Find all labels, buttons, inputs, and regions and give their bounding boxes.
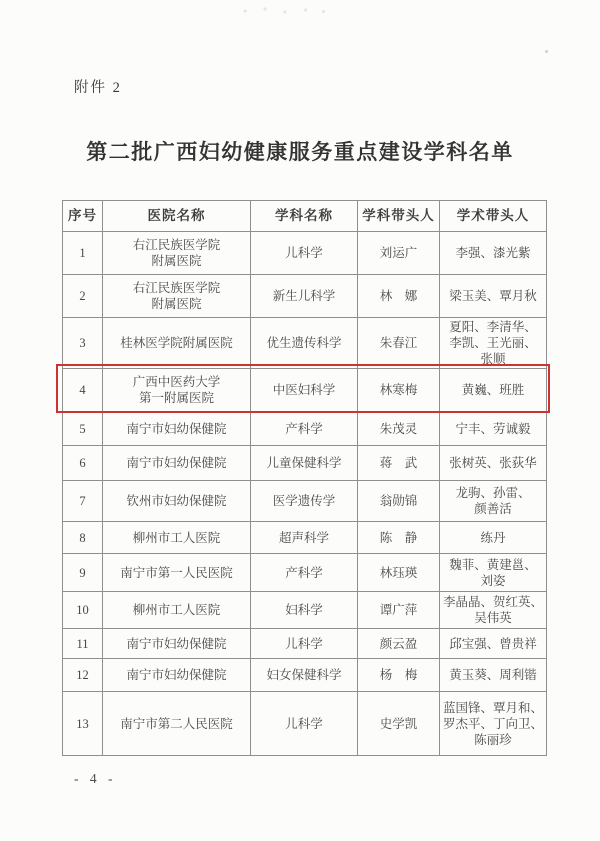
table-row: 1右江民族医学院 附属医院儿科学刘运广李强、漆光紫 <box>63 232 547 275</box>
table-row: 3桂林医学院附属医院优生遗传科学朱春江夏阳、李清华、 李凯、王光丽、 张顺 <box>63 318 547 369</box>
cell-leader: 林 娜 <box>358 275 440 318</box>
cell-hospital: 南宁市妇幼保健院 <box>103 446 251 481</box>
cell-hospital: 南宁市妇幼保健院 <box>103 629 251 659</box>
scanned-document-page: 附件 2 第二批广西妇幼健康服务重点建设学科名单 序号医院名称学科名称学科带头人… <box>0 0 600 841</box>
cell-no: 12 <box>63 659 103 692</box>
scan-artifact-dot <box>545 50 548 53</box>
cell-discipline: 产科学 <box>251 412 358 446</box>
cell-academic: 李强、漆光紫 <box>440 232 547 275</box>
cell-no: 9 <box>63 554 103 592</box>
table-row: 6南宁市妇幼保健院儿童保健科学蒋 武张树英、张荻华 <box>63 446 547 481</box>
cell-no: 4 <box>63 369 103 412</box>
cell-no: 2 <box>63 275 103 318</box>
cell-academic: 魏菲、黄建邕、 刘姿 <box>440 554 547 592</box>
cell-hospital: 右江民族医学院 附属医院 <box>103 275 251 318</box>
scan-artifact <box>238 6 328 16</box>
cell-discipline: 妇科学 <box>251 592 358 629</box>
table-header-row: 序号医院名称学科名称学科带头人学术带头人 <box>63 201 547 232</box>
cell-discipline: 优生遗传科学 <box>251 318 358 369</box>
column-header: 学科带头人 <box>358 201 440 232</box>
page-title: 第二批广西妇幼健康服务重点建设学科名单 <box>0 136 600 166</box>
cell-hospital: 广西中医药大学 第一附属医院 <box>103 369 251 412</box>
cell-academic: 蓝国锋、覃月和、 罗杰平、丁向卫、 陈丽珍 <box>440 692 547 756</box>
cell-no: 7 <box>63 481 103 522</box>
cell-no: 1 <box>63 232 103 275</box>
cell-academic: 李晶晶、贺红英、 吴伟英 <box>440 592 547 629</box>
cell-academic: 夏阳、李清华、 李凯、王光丽、 张顺 <box>440 318 547 369</box>
cell-leader: 朱茂灵 <box>358 412 440 446</box>
cell-hospital: 南宁市妇幼保健院 <box>103 659 251 692</box>
cell-hospital: 柳州市工人医院 <box>103 592 251 629</box>
cell-academic: 宁丰、劳诚毅 <box>440 412 547 446</box>
disciplines-table: 序号医院名称学科名称学科带头人学术带头人 1右江民族医学院 附属医院儿科学刘运广… <box>62 200 547 756</box>
cell-leader: 朱春江 <box>358 318 440 369</box>
cell-discipline: 医学遗传学 <box>251 481 358 522</box>
cell-leader: 蒋 武 <box>358 446 440 481</box>
cell-hospital: 钦州市妇幼保健院 <box>103 481 251 522</box>
cell-discipline: 中医妇科学 <box>251 369 358 412</box>
cell-academic: 梁玉美、覃月秋 <box>440 275 547 318</box>
cell-hospital: 南宁市妇幼保健院 <box>103 412 251 446</box>
cell-discipline: 妇女保健科学 <box>251 659 358 692</box>
cell-discipline: 儿童保健科学 <box>251 446 358 481</box>
cell-academic: 邱宝强、曾贵祥 <box>440 629 547 659</box>
cell-no: 10 <box>63 592 103 629</box>
cell-leader: 林寒梅 <box>358 369 440 412</box>
table-row: 10柳州市工人医院妇科学谭广萍李晶晶、贺红英、 吴伟英 <box>63 592 547 629</box>
column-header: 学术带头人 <box>440 201 547 232</box>
cell-hospital: 桂林医学院附属医院 <box>103 318 251 369</box>
cell-academic: 龙驹、孙雷、 颜善活 <box>440 481 547 522</box>
cell-hospital: 南宁市第一人民医院 <box>103 554 251 592</box>
cell-no: 6 <box>63 446 103 481</box>
cell-no: 5 <box>63 412 103 446</box>
cell-hospital: 柳州市工人医院 <box>103 522 251 554</box>
cell-discipline: 儿科学 <box>251 629 358 659</box>
cell-leader: 杨 梅 <box>358 659 440 692</box>
table-row: 2右江民族医学院 附属医院新生儿科学林 娜梁玉美、覃月秋 <box>63 275 547 318</box>
cell-discipline: 新生儿科学 <box>251 275 358 318</box>
column-header: 序号 <box>63 201 103 232</box>
column-header: 学科名称 <box>251 201 358 232</box>
column-header: 医院名称 <box>103 201 251 232</box>
attachment-label: 附件 2 <box>74 76 122 97</box>
cell-hospital: 南宁市第二人民医院 <box>103 692 251 756</box>
cell-academic: 张树英、张荻华 <box>440 446 547 481</box>
table-row: 12南宁市妇幼保健院妇女保健科学杨 梅黄玉葵、周利锴 <box>63 659 547 692</box>
cell-discipline: 儿科学 <box>251 232 358 275</box>
table-row: 7钦州市妇幼保健院医学遗传学翁勋锦龙驹、孙雷、 颜善活 <box>63 481 547 522</box>
cell-academic: 黄巍、班胜 <box>440 369 547 412</box>
table-row: 9南宁市第一人民医院产科学林珏瑛魏菲、黄建邕、 刘姿 <box>63 554 547 592</box>
cell-leader: 谭广萍 <box>358 592 440 629</box>
page-number: - 4 - <box>74 771 117 787</box>
cell-leader: 史学凯 <box>358 692 440 756</box>
cell-discipline: 超声科学 <box>251 522 358 554</box>
table-row: 13南宁市第二人民医院儿科学史学凯蓝国锋、覃月和、 罗杰平、丁向卫、 陈丽珍 <box>63 692 547 756</box>
cell-leader: 刘运广 <box>358 232 440 275</box>
cell-academic: 黄玉葵、周利锴 <box>440 659 547 692</box>
table-row: 5南宁市妇幼保健院产科学朱茂灵宁丰、劳诚毅 <box>63 412 547 446</box>
cell-no: 11 <box>63 629 103 659</box>
cell-leader: 颜云盈 <box>358 629 440 659</box>
table-row: 11南宁市妇幼保健院儿科学颜云盈邱宝强、曾贵祥 <box>63 629 547 659</box>
cell-hospital: 右江民族医学院 附属医院 <box>103 232 251 275</box>
cell-leader: 翁勋锦 <box>358 481 440 522</box>
cell-leader: 陈 静 <box>358 522 440 554</box>
table-row: 8柳州市工人医院超声科学陈 静练丹 <box>63 522 547 554</box>
cell-no: 8 <box>63 522 103 554</box>
cell-discipline: 产科学 <box>251 554 358 592</box>
cell-discipline: 儿科学 <box>251 692 358 756</box>
cell-leader: 林珏瑛 <box>358 554 440 592</box>
cell-no: 3 <box>63 318 103 369</box>
cell-no: 13 <box>63 692 103 756</box>
cell-academic: 练丹 <box>440 522 547 554</box>
table-row-highlighted: 4广西中医药大学 第一附属医院中医妇科学林寒梅黄巍、班胜 <box>63 369 547 412</box>
